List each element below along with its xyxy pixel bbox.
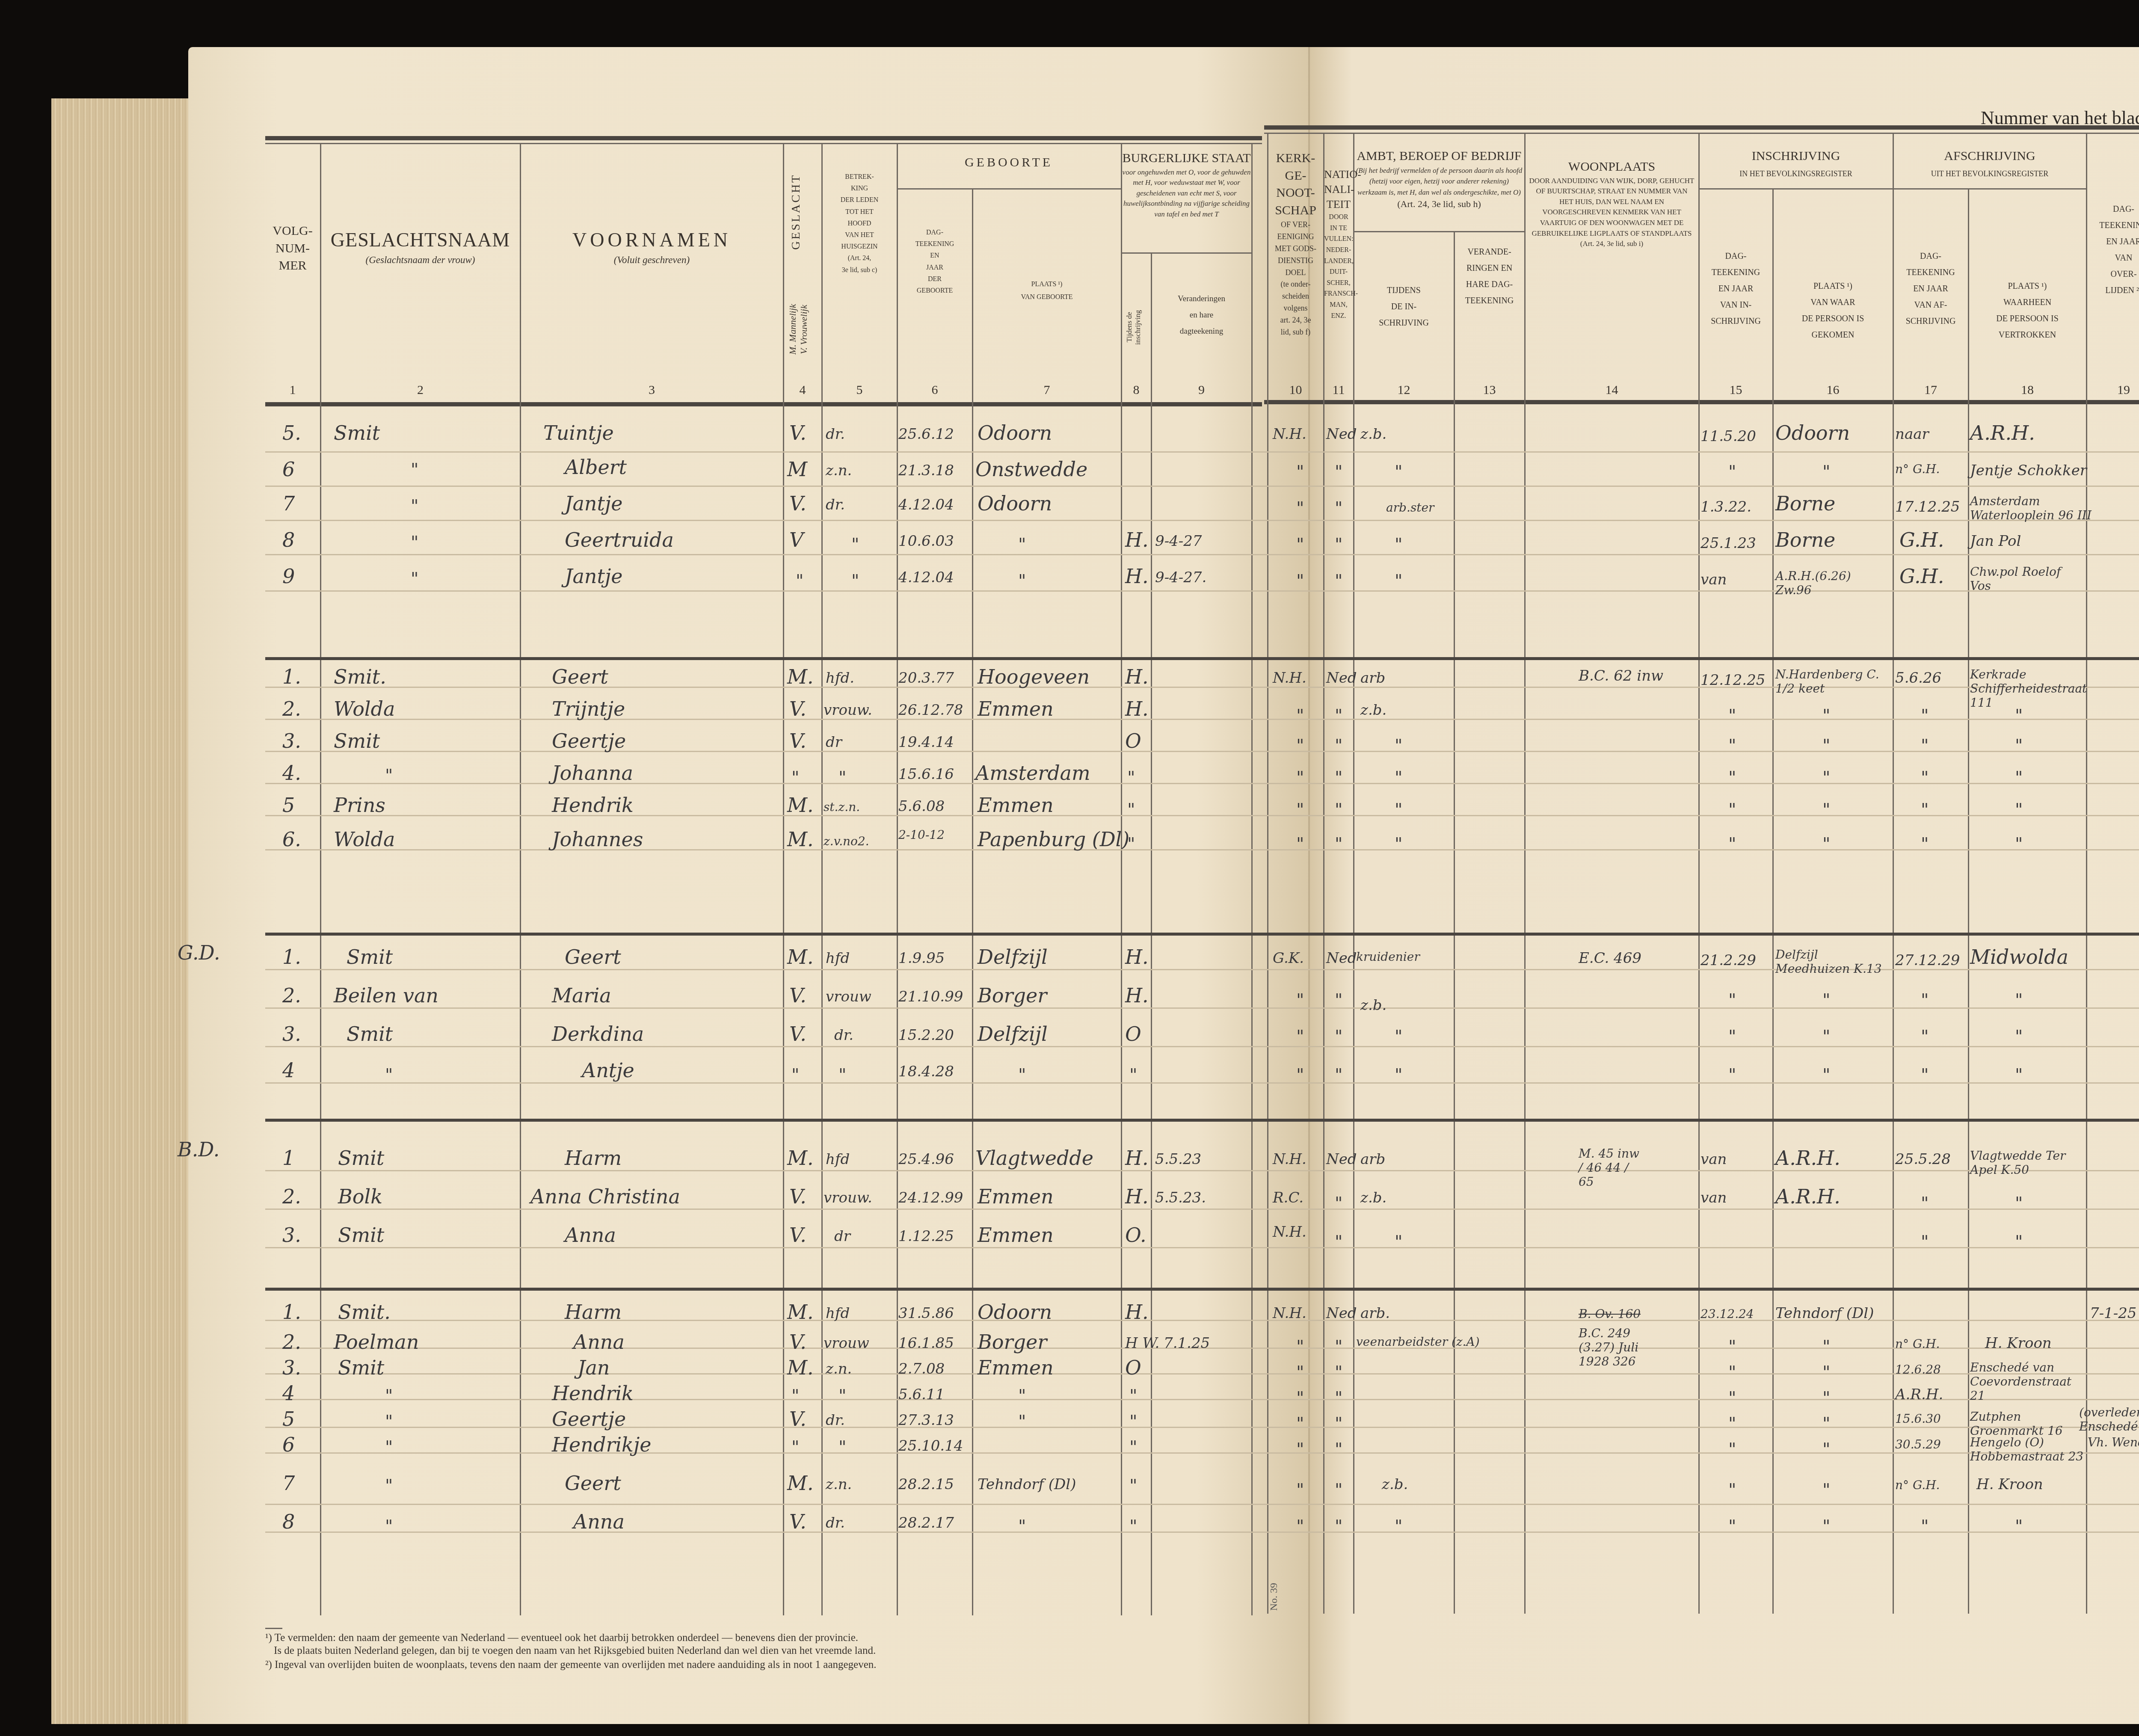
relation: "	[851, 535, 859, 554]
row-number: 3.	[282, 1356, 301, 1379]
civil-status-change: 9-4-27.	[1155, 569, 1206, 586]
col-divider	[972, 188, 973, 1615]
registration-date: 21.2.29	[1701, 952, 1756, 969]
form-number: No. 39	[1268, 1583, 1280, 1611]
occupation: "	[1395, 571, 1402, 591]
first-names: Geertje	[552, 1407, 626, 1431]
deregistration-date: "	[1921, 990, 1929, 1010]
col6-header: DAG- TEEKENING EN JAAR DER GEBOORTE	[898, 227, 972, 296]
nationality: "	[1335, 1414, 1342, 1434]
surname: "	[411, 533, 418, 552]
col5-header: BETREK- KING DER LEDEN TOT HET HOOFD VAN…	[822, 171, 897, 276]
header-top-thin-left	[265, 143, 1262, 144]
relation: dr.	[826, 1412, 845, 1429]
footnote-1b: Is de plaats buiten Nederland gelegen, d…	[274, 1645, 876, 1657]
church: "	[1296, 768, 1304, 788]
col-divider	[2086, 133, 2087, 1614]
row-number: 6	[282, 1433, 295, 1456]
col-divider	[783, 144, 784, 1615]
birth-date: 18.4.28	[898, 1063, 954, 1080]
church: "	[1296, 1414, 1304, 1434]
occupation: "	[1395, 800, 1402, 820]
sex: "	[791, 1065, 799, 1085]
relation: vrouw	[824, 1335, 869, 1352]
civil-status: H.	[1125, 665, 1149, 688]
surname: "	[411, 460, 418, 480]
relation: "	[851, 571, 859, 591]
first-names: Tuintje	[543, 421, 614, 444]
civil-status-change: 9-4-27	[1155, 533, 1202, 550]
sex: V.	[789, 492, 806, 515]
sex: V.	[789, 729, 806, 752]
church: "	[1296, 1517, 1304, 1536]
registration-date: "	[1728, 768, 1736, 788]
sex: M	[787, 458, 807, 481]
first-names: Trijntje	[552, 697, 625, 720]
inschrijving-group-header: INSCHRIJVING IN HET BEVOLKINGSREGISTER	[1699, 148, 1893, 179]
civil-status: "	[1129, 1437, 1137, 1457]
church: G.K.	[1273, 950, 1304, 967]
moved-to: Kerkrade Schifferheidestraat 111	[1970, 667, 2086, 710]
church: "	[1296, 990, 1304, 1010]
nationality: Ned	[1326, 950, 1357, 967]
first-names: Jantje	[565, 492, 622, 515]
registration-date: "	[1728, 1065, 1736, 1085]
civil-status: "	[1129, 1412, 1137, 1431]
relation: z.v.no2.	[824, 834, 869, 848]
row-line	[265, 554, 2139, 555]
sex: V.	[789, 1022, 806, 1046]
relation: hfd	[826, 950, 850, 967]
header-top-rule-right	[1264, 125, 2139, 130]
row-number: 2.	[282, 984, 301, 1007]
col-number: 1	[266, 383, 319, 397]
nationality: "	[1335, 990, 1342, 1010]
col-number: 7	[973, 383, 1121, 397]
came-from: "	[1822, 1337, 1830, 1357]
birth-date: 31.5.86	[898, 1305, 954, 1322]
moved-to: H. Kroon	[1976, 1476, 2043, 1493]
relation: dr.	[826, 1514, 845, 1532]
church: "	[1296, 1027, 1304, 1046]
sex: "	[791, 768, 799, 788]
civil-status: H.	[1125, 528, 1149, 551]
moved-to: Zutphen Groenmarkt 16	[1970, 1410, 2064, 1438]
sex: V	[789, 528, 803, 551]
col4-subheader: M. Mannelijk V. Vrouwelijk	[787, 270, 809, 389]
relation: hfd.	[826, 670, 854, 687]
came-from: "	[1822, 1363, 1830, 1382]
church: N.H.	[1273, 1151, 1307, 1168]
church: "	[1296, 1065, 1304, 1085]
civil-status-change: 5.5.23.	[1155, 1189, 1206, 1206]
address: E.C. 469	[1579, 950, 1641, 967]
moved-to: "	[2015, 736, 2023, 755]
nationality: Ned	[1326, 426, 1357, 443]
relation: vrouw.	[824, 1189, 872, 1206]
nationality: "	[1335, 1480, 1342, 1500]
birth-date: 24.12.99	[898, 1189, 963, 1206]
relation: vrouw.	[824, 702, 872, 719]
occupation: "	[1395, 462, 1402, 482]
relation: "	[838, 1386, 846, 1406]
surname: Beilen van	[334, 984, 438, 1007]
church: "	[1296, 462, 1304, 482]
occupation: kruidenier	[1356, 950, 1407, 964]
row-line	[265, 451, 2139, 453]
first-names: Anna	[573, 1330, 625, 1354]
relation: dr	[826, 734, 842, 751]
relation: vrouw	[826, 988, 871, 1005]
occupation: z.b.	[1360, 702, 1386, 719]
surname: "	[385, 1517, 393, 1536]
sex: "	[796, 571, 803, 591]
deregistration-date: naar	[1895, 426, 1929, 443]
deregistration-date: A.R.H.	[1895, 1386, 1943, 1403]
church: N.H.	[1273, 670, 1307, 687]
margin-note: G.D.	[178, 941, 220, 964]
deregistration-date: G.H.	[1899, 565, 1944, 588]
surname: "	[385, 1437, 393, 1457]
row-number: 6	[282, 458, 295, 481]
col-divider	[320, 144, 321, 1615]
col-number: 5	[822, 383, 897, 397]
occupation: arb.ster	[1386, 501, 1434, 515]
col19-header: DAG- TEEKENING EN JAAR VAN OVER- LIJDEN …	[2087, 201, 2139, 299]
col7-header: PLAATS ¹) VAN GEBOORTE	[973, 278, 1121, 304]
nationality: "	[1335, 1065, 1342, 1085]
came-from: "	[1822, 1027, 1830, 1046]
surname: Smit	[334, 729, 380, 752]
sex: V.	[789, 1223, 806, 1247]
col14-header: WOONPLAATS DOOR AANDUIDING VAN WIJK, DOR…	[1525, 158, 1698, 249]
occupation: "	[1395, 834, 1402, 854]
header-top-thin-right	[1264, 133, 2139, 134]
church: N.H.	[1273, 1305, 1307, 1322]
moved-to: "	[2015, 768, 2023, 788]
sex: M.	[787, 665, 814, 688]
row-line	[265, 849, 2139, 850]
deregistration-date: n° G.H.	[1895, 1478, 1940, 1492]
church: "	[1296, 1363, 1304, 1382]
col9-header: Veranderingen en hare dagteekening	[1152, 291, 1251, 340]
row-number: 1	[282, 1146, 295, 1170]
header-bottom-rule-right	[1264, 400, 2139, 404]
deregistration-date: "	[1921, 736, 1929, 755]
civil-status: H.	[1125, 1185, 1149, 1208]
col3-header: VOORNAMEN (Voluit geschreven)	[521, 227, 783, 267]
col8-header: Tijdens de inschrijving	[1125, 295, 1142, 359]
birth-date: 25.10.14	[898, 1437, 963, 1455]
birth-date: 15.6.16	[898, 766, 954, 783]
birth-place: "	[1018, 1065, 1026, 1085]
registration-date: "	[1728, 1337, 1736, 1357]
came-from: "	[1822, 706, 1830, 726]
surname: Poelman	[334, 1330, 419, 1354]
deregistration-date: "	[1921, 1232, 1929, 1252]
came-from: A.R.H.	[1775, 1146, 1840, 1170]
surname: "	[385, 766, 393, 785]
relation: z.n.	[826, 1476, 852, 1493]
moved-to: "	[2015, 706, 2023, 726]
civil-status: "	[1127, 800, 1135, 820]
came-from: "	[1822, 800, 1830, 820]
surname: "	[385, 1412, 393, 1431]
church: R.C.	[1273, 1189, 1304, 1206]
registration-date: 11.5.20	[1701, 428, 1756, 445]
col-divider	[1698, 133, 1700, 1614]
registration-date: "	[1728, 706, 1736, 726]
relation: dr	[834, 1228, 850, 1245]
relation: hfd	[826, 1305, 850, 1322]
birth-date: 20.3.77	[898, 670, 954, 687]
first-names: Harm	[565, 1301, 622, 1324]
sex: V.	[789, 697, 806, 720]
afschrijving-group-header: AFSCHRIJVING UIT HET BEVOLKINGSREGISTER	[1893, 148, 2086, 179]
first-names: Albert	[565, 456, 627, 479]
surname: "	[385, 1386, 393, 1406]
row-number: 5	[282, 1407, 295, 1431]
birth-date: 19.4.14	[898, 734, 954, 751]
col-number: 6	[898, 383, 972, 397]
came-from: Borne	[1775, 528, 1835, 551]
came-from: "	[1822, 736, 1830, 755]
surname: Wolda	[334, 697, 395, 720]
col-number: 4	[784, 383, 821, 397]
deregistration-date: G.H.	[1899, 528, 1944, 551]
deregistration-date: 15.6.30	[1895, 1412, 1941, 1426]
registration-date: van	[1701, 1151, 1727, 1168]
birth-date: 1.9.95	[898, 950, 945, 967]
address: B.C. 249 (3.27) Juli 1928 326	[1579, 1326, 1643, 1369]
nationality: "	[1335, 462, 1342, 482]
registration-date: "	[1728, 1027, 1736, 1046]
col1-header: VOLG- NUM- MER	[266, 222, 319, 275]
footnote-rule	[265, 1628, 282, 1629]
deregistration-date: "	[1921, 1194, 1929, 1213]
relation: "	[838, 1437, 846, 1457]
col2-header: GESLACHTSNAAM (Geslachtsnaam der vrouw)	[321, 227, 520, 267]
came-from: N.Hardenberg C. 1/2 keet	[1775, 667, 1891, 696]
registration-date: 23.12.24	[1701, 1307, 1754, 1321]
civil-status: O	[1125, 729, 1141, 752]
first-names: Johanna	[552, 761, 633, 785]
church: "	[1296, 535, 1304, 554]
birth-place: Amsterdam	[975, 761, 1090, 785]
first-names: Maria	[552, 984, 611, 1007]
sex: M.	[787, 794, 814, 817]
col4-header: GESLACHT	[789, 163, 803, 261]
col-divider	[1251, 144, 1253, 1615]
birth-date: 28.2.17	[898, 1514, 954, 1532]
surname: "	[385, 1476, 393, 1496]
row-number: 3.	[282, 729, 301, 752]
moved-to: "	[2015, 1065, 2023, 1085]
registration-date: van	[1701, 1189, 1727, 1206]
row-number: 1.	[282, 1301, 301, 1324]
death-date: 7-1-25	[2090, 1305, 2137, 1322]
row-number: 9	[282, 565, 295, 588]
birth-date: 10.6.03	[898, 533, 954, 550]
birth-date: 5.6.11	[898, 1386, 945, 1403]
birth-date: 21.10.99	[898, 988, 963, 1005]
birth-date: 4.12.04	[898, 496, 954, 513]
row-line	[265, 1046, 2139, 1047]
col-number: 19	[2087, 383, 2139, 397]
nationality: "	[1335, 1363, 1342, 1382]
birth-place: "	[1018, 1517, 1026, 1536]
birth-place: Borger	[978, 984, 1047, 1007]
row-line	[265, 1399, 2139, 1400]
surname: "	[411, 569, 418, 589]
death-note: (overleden te Enschedé 29.12.32	[2079, 1405, 2139, 1434]
registration-date: van	[1701, 571, 1727, 588]
row-number: 5	[282, 794, 295, 817]
col-number: 8	[1122, 383, 1151, 397]
first-names: Anna Christina	[530, 1185, 680, 1208]
surname: Prins	[334, 794, 385, 817]
church: N.H.	[1273, 426, 1307, 443]
row-number: 8	[282, 528, 295, 551]
civil-status: H W.	[1125, 1335, 1159, 1352]
relation: dr.	[834, 1027, 853, 1044]
relation: hfd	[826, 1151, 850, 1168]
nationality: Ned	[1326, 1305, 1357, 1322]
birth-place: Hoogeveen	[978, 665, 1090, 688]
col17-header: DAG- TEEKENING EN JAAR VAN AF- SCHRIJVIN…	[1893, 248, 1968, 329]
came-from: "	[1822, 1388, 1830, 1408]
church: "	[1296, 1337, 1304, 1357]
col-number: 16	[1773, 383, 1893, 397]
came-from: "	[1822, 1414, 1830, 1434]
came-from: "	[1822, 1480, 1830, 1500]
row-number: 2.	[282, 1330, 301, 1354]
col-number: 13	[1455, 383, 1524, 397]
first-names: Hendrik	[552, 794, 634, 817]
came-from: Odoorn	[1775, 421, 1850, 444]
first-names: Geert	[565, 1472, 621, 1495]
page-edges	[51, 98, 193, 1724]
col-number: 17	[1893, 383, 1968, 397]
occupation: "	[1395, 1027, 1402, 1046]
row-number: 5.	[282, 421, 301, 444]
staat-group-header: BURGERLIJKE STAAT voor ongehuwden met O,…	[1122, 150, 1251, 220]
col-number: 3	[521, 383, 783, 397]
relation: z.n.	[826, 462, 852, 479]
civil-status: "	[1129, 1517, 1137, 1536]
col-divider	[1121, 144, 1122, 1615]
came-from: Delfzijl Meedhuizen K.13	[1775, 948, 1891, 976]
birth-date: 2-10-12	[898, 828, 945, 842]
birth-place: "	[1018, 1412, 1026, 1431]
surname: Smit	[334, 421, 380, 444]
sex: V.	[789, 1185, 806, 1208]
first-names: Hendrik	[552, 1382, 634, 1405]
registration-date: "	[1728, 1388, 1736, 1408]
registration-date: "	[1728, 990, 1736, 1010]
occupation: "	[1395, 1232, 1402, 1252]
came-from: A.R.H.(6.26) Zw.96	[1775, 569, 1891, 597]
col15-header: DAG- TEEKENING EN JAAR VAN IN- SCHRIJVIN…	[1699, 248, 1772, 329]
birth-place: Emmen	[978, 1223, 1054, 1247]
civil-status: H.	[1125, 1301, 1149, 1324]
sex: V.	[789, 984, 806, 1007]
margin-note: B.D.	[178, 1138, 219, 1161]
nationality: "	[1335, 706, 1342, 726]
household-separator	[265, 657, 2139, 660]
moved-to: "	[2015, 834, 2023, 854]
moved-to: Vlagtwedde Ter Apel K.50	[1970, 1149, 2086, 1177]
address: B.C. 62 inw	[1579, 667, 1663, 684]
church: N.H.	[1273, 1223, 1307, 1241]
deregistration-date: "	[1921, 706, 1929, 726]
church: "	[1296, 1480, 1304, 1500]
deregistration-date: 12.6.28	[1895, 1363, 1941, 1377]
surname: Bolk	[338, 1185, 382, 1208]
came-from: "	[1822, 462, 1830, 482]
row-number: 8	[282, 1510, 295, 1533]
occupation: "	[1395, 1065, 1402, 1085]
birth-date: 5.6.08	[898, 798, 945, 815]
row-number: 3.	[282, 1223, 301, 1247]
birth-place: Delfzijl	[978, 1022, 1048, 1046]
row-line	[265, 1504, 2139, 1505]
came-from: "	[1822, 834, 1830, 854]
civil-status: O	[1125, 1022, 1141, 1046]
col-number: 15	[1699, 383, 1772, 397]
first-names: Jan	[578, 1356, 610, 1379]
row-line	[265, 1170, 2139, 1171]
registration-date: "	[1728, 462, 1736, 482]
nationality: "	[1335, 498, 1342, 518]
birth-date: 21.3.18	[898, 462, 954, 479]
registration-date: 12.12.25	[1701, 672, 1765, 689]
deregistration-date: 17.12.25	[1895, 498, 1960, 515]
moved-to: "	[2015, 1232, 2023, 1252]
sex: M.	[787, 1472, 814, 1495]
church: "	[1296, 498, 1304, 518]
surname: Smit	[338, 1146, 384, 1170]
registration-date: "	[1728, 1440, 1736, 1459]
birth-place: Emmen	[978, 794, 1054, 817]
moved-to: H. Kroon	[1985, 1335, 2052, 1352]
deregistration-date: "	[1921, 1517, 1929, 1536]
col-number: 18	[1969, 383, 2086, 397]
first-names: Anna	[573, 1510, 625, 1533]
surname: "	[385, 1065, 393, 1085]
row-line	[265, 719, 2139, 720]
moved-to: "	[2015, 990, 2023, 1010]
occupation: veenarbeidster (z.A)	[1356, 1335, 1480, 1349]
registration-date: "	[1728, 1517, 1736, 1536]
registration-date: "	[1728, 1414, 1736, 1434]
col-divider	[1323, 133, 1324, 1614]
row-line	[265, 1452, 2139, 1454]
row-line	[265, 1007, 2139, 1009]
came-from: "	[1822, 1440, 1830, 1459]
relation: dr.	[826, 426, 845, 443]
surname: Smit	[347, 945, 393, 969]
col-number: 12	[1354, 383, 1454, 397]
occupation: arb	[1360, 670, 1385, 687]
sex: M.	[787, 945, 814, 969]
birth-date: 2.7.08	[898, 1360, 945, 1378]
moved-to: Jan Pol	[1970, 533, 2021, 550]
birth-place: Borger	[978, 1330, 1047, 1354]
came-from: Tehndorf (Dl)	[1775, 1305, 1874, 1322]
nationality: "	[1335, 1232, 1342, 1252]
relation: z.n.	[826, 1360, 852, 1378]
